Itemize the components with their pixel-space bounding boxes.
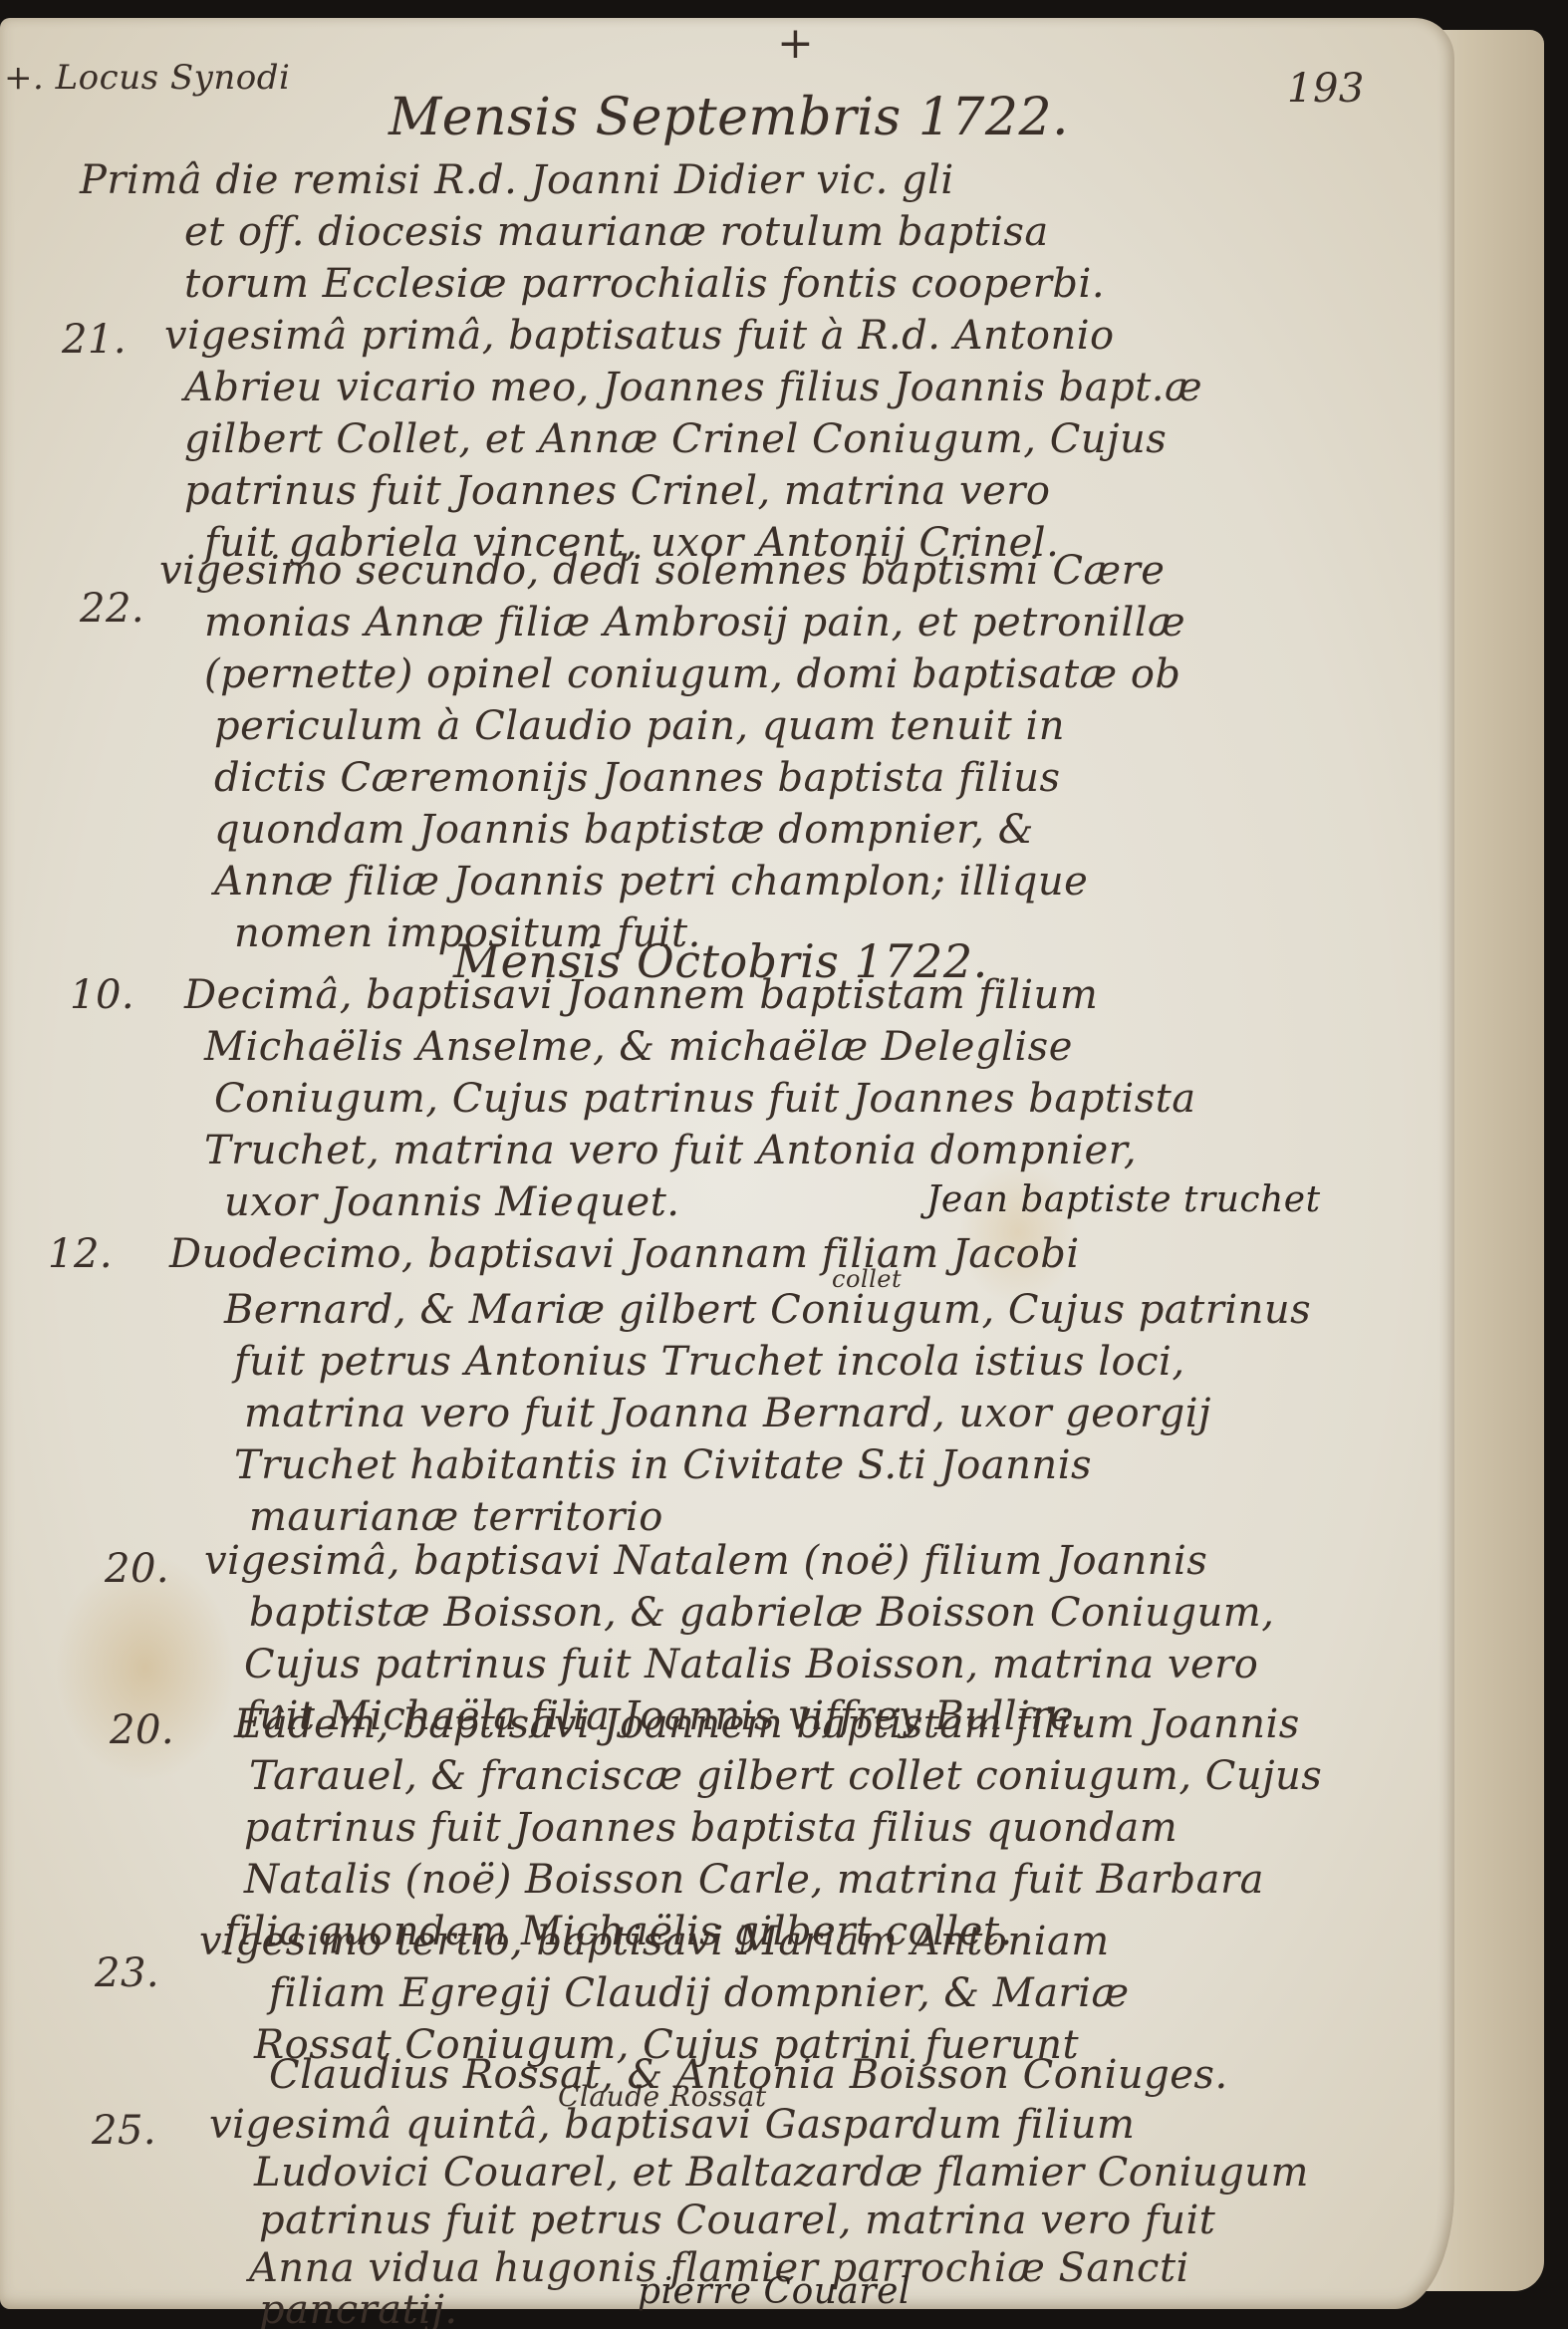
entry-line: Natalis (noë) Boisson Carle, matrina fui…: [244, 1857, 1264, 1903]
entry-line: Annæ filiæ Joannis petri champlon; illiq…: [214, 859, 1088, 905]
entry-line: et off. diocesis maurianæ rotulum baptis…: [184, 209, 1049, 255]
entry-line: Abrieu vicario meo, Joannes filius Joann…: [184, 365, 1202, 410]
entry-line: Tarauel, & franciscæ gilbert collet coni…: [249, 1753, 1322, 1799]
entry-line: patrinus fuit petrus Couarel, matrina ve…: [259, 2198, 1215, 2243]
entry-line: maurianæ territorio: [249, 1494, 663, 1540]
entry-line: gilbert Collet, et Annæ Crinel Coniugum,…: [184, 416, 1167, 462]
entry-line: uxor Joannis Miequet.: [224, 1179, 680, 1225]
entry-date: 12.: [48, 1231, 113, 1277]
register-page: + +. Locus Synodi 193 Mensis Septembris …: [0, 18, 1454, 2309]
page-number: 193: [1287, 66, 1365, 112]
entry-line: Truchet habitantis in Civitate S.ti Joan…: [234, 1442, 1092, 1488]
entry-date: 22.: [80, 586, 144, 632]
entry-line: patrinus fuit Joannes baptista filius qu…: [244, 1805, 1177, 1851]
entry-line: Truchet, matrina vero fuit Antonia dompn…: [204, 1128, 1137, 1173]
entry-line: torum Ecclesiæ parrochialis fontis coope…: [184, 261, 1105, 307]
entry-date: 23.: [95, 1950, 159, 1996]
entry-line: Duodecimo, baptisavi Joannam filiam Jaco…: [169, 1231, 1080, 1277]
entry-line: dictis Cæremonijs Joannes baptista filiu…: [214, 755, 1061, 801]
entry-line: Bernard, & Mariæ gilbert Coniugum, Cujus…: [224, 1287, 1311, 1333]
entry-line: vigesimâ primâ, baptisatus fuit à R.d. A…: [164, 313, 1115, 359]
entry-line: vigesimâ quintâ, baptisavi Gaspardum fil…: [209, 2102, 1135, 2148]
entry-line: vigesimo secundo, dedi solemnes baptismi…: [159, 548, 1165, 594]
entry-line: vigesimâ, baptisavi Natalem (noë) filium…: [204, 1538, 1207, 1584]
entry-date: 25.: [92, 2108, 156, 2154]
entry-line: fuit petrus Antonius Truchet incola isti…: [234, 1339, 1185, 1385]
entry-line: filiam Egregij Claudij dompnier, & Mariæ: [269, 1970, 1130, 2016]
entry-date: 10.: [70, 972, 134, 1018]
entry-line: Decimâ, baptisavi Joannem baptistam fili…: [184, 972, 1098, 1018]
section-heading-september: Mensis Septembris 1722.: [389, 88, 1069, 147]
entry-line: quondam Joannis baptistæ dompnier, &: [214, 807, 1034, 853]
margin-note: +. Locus Synodi: [4, 58, 290, 98]
entry-line: periculum à Claudio pain, quam tenuit in: [214, 703, 1065, 749]
entry-line: Michaëlis Anselme, & michaëlæ Deleglise: [204, 1024, 1073, 1070]
entry-line: monias Annæ filiæ Ambrosij pain, et petr…: [204, 600, 1185, 646]
entry-line: (pernette) opinel coniugum, domi baptisa…: [204, 651, 1181, 697]
entry-line: baptistæ Boisson, & gabrielæ Boisson Con…: [249, 1590, 1274, 1636]
entry-line: Ludovici Couarel, et Baltazardæ flamier …: [254, 2150, 1309, 2196]
entry-date: 21.: [62, 317, 127, 363]
cross-mark: +: [777, 18, 814, 69]
signature: Jean baptiste truchet: [926, 1179, 1321, 1220]
entry-line: Eâdem, baptisavi Joannem baptistam filiu…: [234, 1701, 1300, 1747]
entry-line: vigesimo tertio, baptisavi Mariam Antoni…: [199, 1919, 1110, 1964]
entry-date: 20.: [110, 1707, 174, 1753]
entry-line: pancratij.: [259, 2287, 458, 2329]
entry-line: patrinus fuit Joannes Crinel, matrina ve…: [184, 468, 1051, 514]
entry-date: 20.: [105, 1546, 169, 1592]
entry-line: Primâ die remisi R.d. Joanni Didier vic.…: [80, 157, 954, 203]
entry-line: matrina vero fuit Joanna Bernard, uxor g…: [244, 1391, 1211, 1436]
signature: pierre Couarel: [638, 2271, 911, 2312]
entry-line: Cujus patrinus fuit Natalis Boisson, mat…: [244, 1642, 1258, 1687]
entry-line: Coniugum, Cujus patrinus fuit Joannes ba…: [214, 1076, 1196, 1122]
